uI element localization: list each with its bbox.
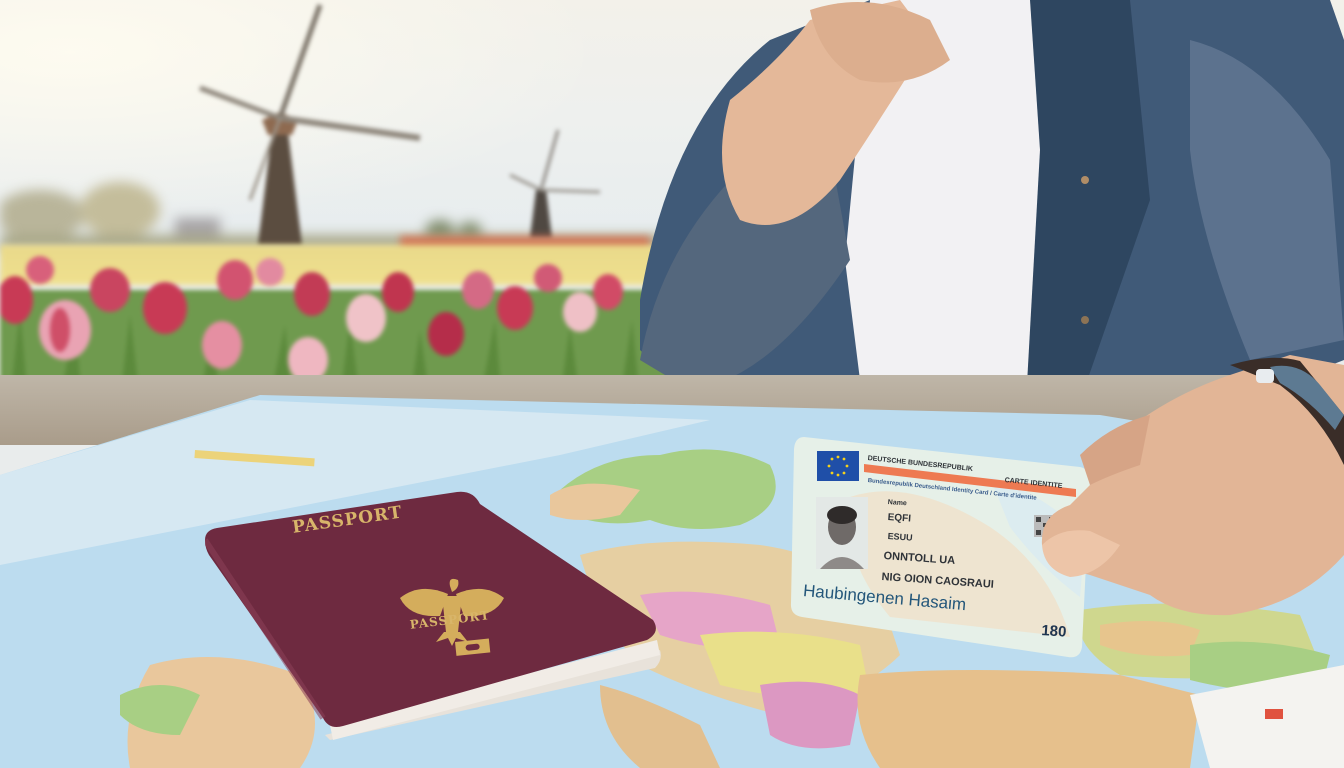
eu-flag-icon xyxy=(817,451,859,481)
photo-scene: PASSPORT PASSPORT xyxy=(0,0,1344,768)
windmills xyxy=(180,0,640,260)
id-field1-label: Name xyxy=(888,499,908,507)
id-field2: ESUU xyxy=(887,531,913,543)
id-field1-value: EQFI xyxy=(887,512,911,525)
id-photo xyxy=(816,497,868,569)
hand-holding-card xyxy=(1030,355,1344,625)
passport[interactable]: PASSPORT PASSPORT xyxy=(205,490,665,740)
small-windmill-icon xyxy=(510,130,600,238)
large-windmill-icon xyxy=(200,5,420,245)
